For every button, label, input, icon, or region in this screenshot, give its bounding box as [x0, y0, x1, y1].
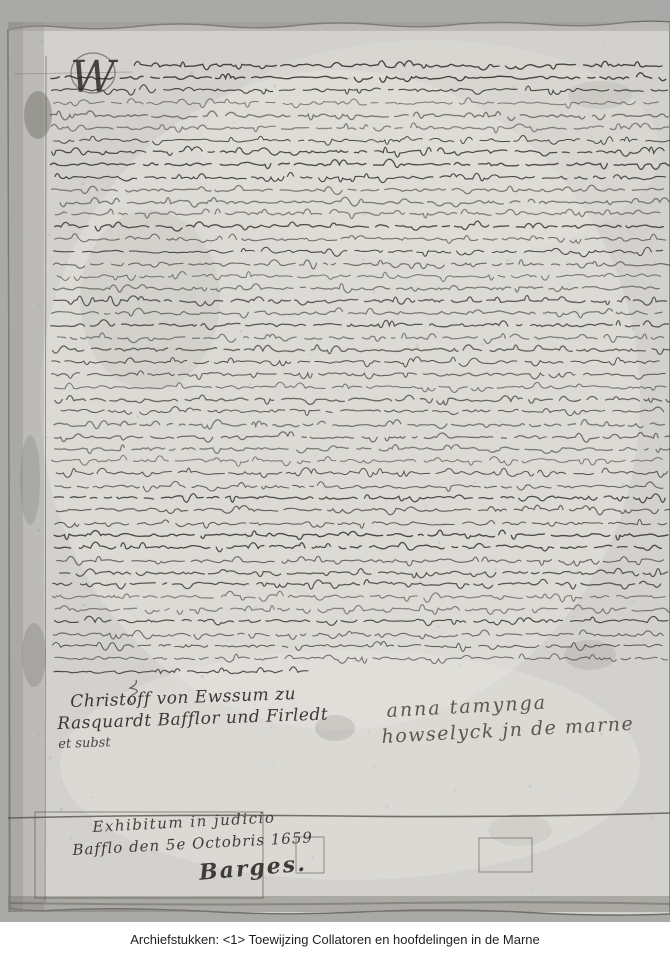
speckle: [353, 659, 356, 662]
speckle: [438, 626, 440, 628]
speckle: [473, 481, 476, 484]
speckle: [274, 84, 277, 87]
speckle: [496, 386, 499, 389]
speckle: [309, 354, 312, 357]
speckle: [547, 393, 548, 394]
speckle: [81, 98, 83, 100]
speckle: [460, 186, 463, 189]
speckle: [64, 575, 66, 577]
speckle: [233, 122, 235, 124]
speckle: [57, 899, 60, 902]
speckle: [292, 128, 294, 130]
speckle: [268, 322, 270, 324]
speckle: [421, 153, 423, 155]
speckle: [239, 330, 242, 333]
speckle: [438, 647, 440, 649]
speckle: [658, 519, 659, 520]
speckle: [70, 837, 72, 839]
speckle: [573, 616, 575, 618]
speckle: [605, 412, 607, 414]
speckle: [507, 259, 510, 262]
speckle: [385, 805, 388, 808]
speckle: [591, 136, 593, 138]
speckle: [530, 889, 532, 891]
caption-text: Archiefstukken: <1> Toewijzing Collatore…: [130, 932, 540, 947]
speckle: [454, 789, 456, 791]
speckle: [540, 606, 542, 608]
speckle: [14, 525, 16, 527]
speckle: [349, 77, 351, 79]
speckle: [190, 71, 193, 74]
speckle: [294, 619, 297, 622]
speckle: [91, 122, 92, 123]
speckle: [174, 151, 175, 152]
speckle: [635, 204, 636, 205]
speckle: [639, 748, 641, 750]
speckle: [362, 258, 365, 261]
speckle: [568, 283, 571, 286]
speckle: [632, 328, 635, 331]
speckle: [425, 505, 428, 508]
speckle: [559, 188, 560, 189]
speckle: [312, 856, 315, 859]
speckle: [633, 600, 636, 603]
speckle: [48, 233, 51, 236]
speckle: [100, 239, 101, 240]
speckle: [652, 96, 653, 97]
speckle: [633, 523, 636, 526]
speckle: [457, 313, 459, 315]
speckle: [26, 235, 27, 236]
speckle: [255, 606, 258, 609]
speckle: [41, 40, 44, 43]
speckle: [458, 663, 460, 665]
speckle: [387, 101, 388, 102]
speckle: [272, 761, 274, 763]
speckle: [331, 218, 333, 220]
speckle: [451, 258, 453, 260]
speckle: [564, 798, 565, 799]
speckle: [204, 311, 206, 313]
speckle: [178, 128, 181, 131]
speckle: [129, 59, 131, 61]
speckle: [58, 242, 60, 244]
speckle: [32, 640, 33, 641]
speckle: [619, 766, 620, 767]
speckle: [236, 536, 238, 538]
speckle: [248, 414, 250, 416]
speckle: [37, 529, 40, 532]
speckle: [245, 536, 248, 539]
speckle: [40, 597, 42, 599]
speckle: [416, 344, 419, 347]
speckle: [260, 732, 261, 733]
speckle: [64, 652, 65, 653]
speckle: [268, 762, 270, 764]
speckle: [235, 804, 237, 806]
speckle: [451, 276, 452, 277]
speckle: [117, 626, 119, 628]
speckle: [24, 641, 26, 643]
speckle: [542, 494, 545, 497]
parchment-graphic: W: [0, 0, 670, 922]
speckle: [438, 541, 441, 544]
speckle: [326, 545, 329, 548]
speckle: [136, 415, 139, 418]
speckle: [654, 159, 657, 162]
speckle: [49, 756, 52, 759]
speckle: [112, 583, 114, 585]
speckle: [64, 319, 66, 321]
speckle: [602, 42, 604, 44]
speckle: [60, 808, 63, 811]
speckle: [314, 455, 316, 457]
speckle: [451, 412, 454, 415]
speckle: [495, 431, 498, 434]
speckle: [47, 524, 49, 526]
speckle: [127, 103, 130, 106]
speckle: [550, 176, 551, 177]
speckle: [623, 50, 624, 51]
speckle: [621, 482, 624, 485]
speckle: [625, 847, 627, 849]
speckle: [176, 379, 177, 380]
speckle: [330, 320, 331, 321]
speckle: [561, 305, 563, 307]
speckle: [372, 290, 375, 293]
speckle: [569, 272, 571, 274]
speckle: [204, 497, 206, 499]
speckle: [367, 244, 369, 246]
speckle: [38, 734, 40, 736]
speckle: [407, 559, 409, 561]
speckle: [650, 816, 653, 819]
speckle: [132, 359, 135, 362]
speckle: [581, 520, 582, 521]
speckle: [249, 383, 252, 386]
speckle: [492, 581, 493, 582]
speckle: [270, 726, 272, 728]
speckle: [183, 423, 185, 425]
speckle: [512, 86, 514, 88]
speckle: [517, 85, 518, 86]
speckle: [326, 493, 328, 495]
speckle: [324, 480, 325, 481]
speckle: [13, 339, 15, 341]
speckle: [644, 112, 646, 114]
speckle: [556, 337, 558, 339]
speckle: [373, 766, 376, 769]
speckle: [211, 369, 212, 370]
document-photo: W Christoff von Ewssum zu Rasquardt Baff…: [0, 0, 670, 922]
speckle: [201, 675, 204, 678]
speckle: [572, 158, 574, 160]
speckle: [82, 604, 85, 607]
speckle: [38, 304, 41, 307]
speckle: [494, 568, 497, 571]
speckle: [133, 615, 135, 617]
speckle: [480, 249, 483, 252]
speckle: [329, 595, 332, 598]
speckle: [512, 589, 514, 591]
speckle: [433, 254, 436, 257]
speckle: [350, 618, 352, 620]
speckle: [481, 343, 484, 346]
speckle: [363, 214, 366, 217]
speckle: [367, 732, 369, 734]
speckle: [92, 797, 94, 799]
speckle: [211, 360, 212, 361]
speckle: [81, 183, 84, 186]
speckle: [602, 790, 603, 791]
speckle: [46, 436, 49, 439]
speckle: [627, 205, 629, 207]
speckle: [341, 573, 343, 575]
speckle: [175, 669, 177, 671]
speckle: [61, 783, 63, 785]
speckle: [529, 785, 532, 788]
archive-page: W Christoff von Ewssum zu Rasquardt Baff…: [0, 0, 670, 956]
speckle: [479, 829, 481, 831]
speckle: [530, 443, 531, 444]
speckle: [142, 666, 144, 668]
speckle: [250, 350, 252, 352]
speckle: [499, 420, 502, 423]
speckle: [532, 447, 534, 449]
speckle: [523, 271, 524, 272]
speckle: [605, 246, 607, 248]
signature-left-line3: et subst: [58, 735, 111, 752]
speckle: [264, 88, 266, 90]
caption-bar: Archiefstukken: <1> Toewijzing Collatore…: [0, 922, 670, 956]
